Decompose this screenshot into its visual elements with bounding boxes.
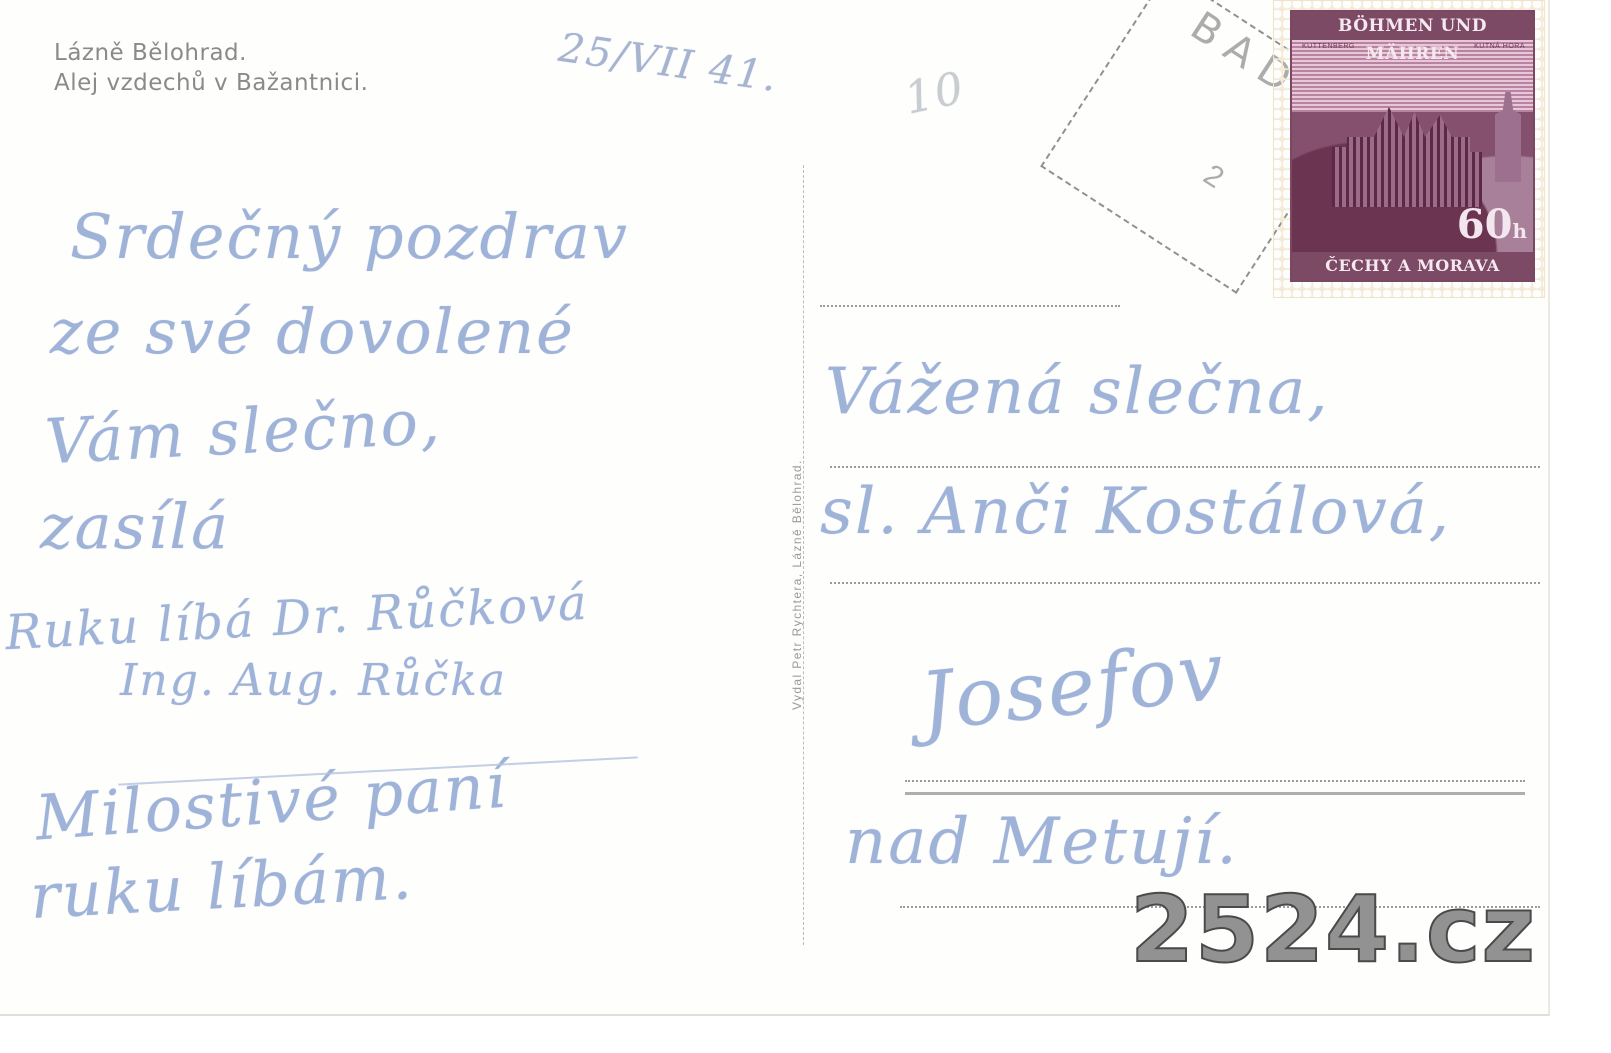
stamp-image: BÖHMEN UND MÄHREN KUTTENBERG KUTNÁ HORA … — [1290, 10, 1535, 282]
address-recipient-name: sl. Anči Kostálová, — [820, 475, 1451, 549]
message-line: Milostivé paní — [33, 749, 510, 855]
address-town-suffix: nad Metují. — [845, 805, 1239, 879]
address-line-4-underline — [905, 792, 1525, 795]
stamp-sublabel-left: KUTTENBERG — [1302, 43, 1355, 50]
caption-line-subject: Alej vzdechů v Bažantnici. — [54, 68, 368, 98]
message-line: Srdečný pozdrav — [70, 200, 629, 273]
handwritten-number: 10 — [900, 62, 969, 124]
address-line-2 — [830, 466, 1540, 468]
stamp-value: 60h — [1457, 201, 1527, 248]
address-line-1 — [820, 305, 1120, 307]
message-line: Ruku líbá Dr. Růčková — [4, 575, 590, 661]
stamp-top-text: BÖHMEN UND MÄHREN — [1292, 12, 1533, 40]
stamp-value-number: 60 — [1457, 201, 1513, 248]
postcard-caption: Lázně Bělohrad. Alej vzdechů v Bažantnic… — [54, 38, 368, 98]
handwritten-date: 25/VII 41. — [556, 25, 781, 101]
stamp-sublabel-right: KUTNÁ HORA — [1474, 43, 1525, 50]
message-line: ze své dovolené — [50, 295, 575, 368]
postage-stamp: BÖHMEN UND MÄHREN KUTTENBERG KUTNÁ HORA … — [1273, 0, 1545, 298]
address-line-3 — [830, 582, 1540, 584]
message-line: ruku líbám. — [28, 840, 415, 933]
site-watermark: 2524.cz — [1130, 880, 1536, 980]
address-town: Josefov — [916, 624, 1230, 748]
stamp-value-unit: h — [1512, 219, 1527, 243]
publisher-credit: Vydal Petr Rychtera, Lázně Bělohrad. — [790, 459, 804, 710]
address-recipient-salutation: Vážená slečna, — [825, 355, 1330, 429]
stamp-bottom-text: ČECHY A MORAVA — [1292, 252, 1533, 280]
message-line: zasílá — [40, 490, 230, 563]
message-line: Vám slečno, — [43, 385, 443, 479]
address-line-4 — [905, 780, 1525, 782]
caption-line-location: Lázně Bělohrad. — [54, 38, 368, 68]
postcard-back: Lázně Bělohrad. Alej vzdechů v Bažantnic… — [0, 0, 1550, 1016]
message-line: Ing. Aug. Růčka — [120, 655, 507, 706]
